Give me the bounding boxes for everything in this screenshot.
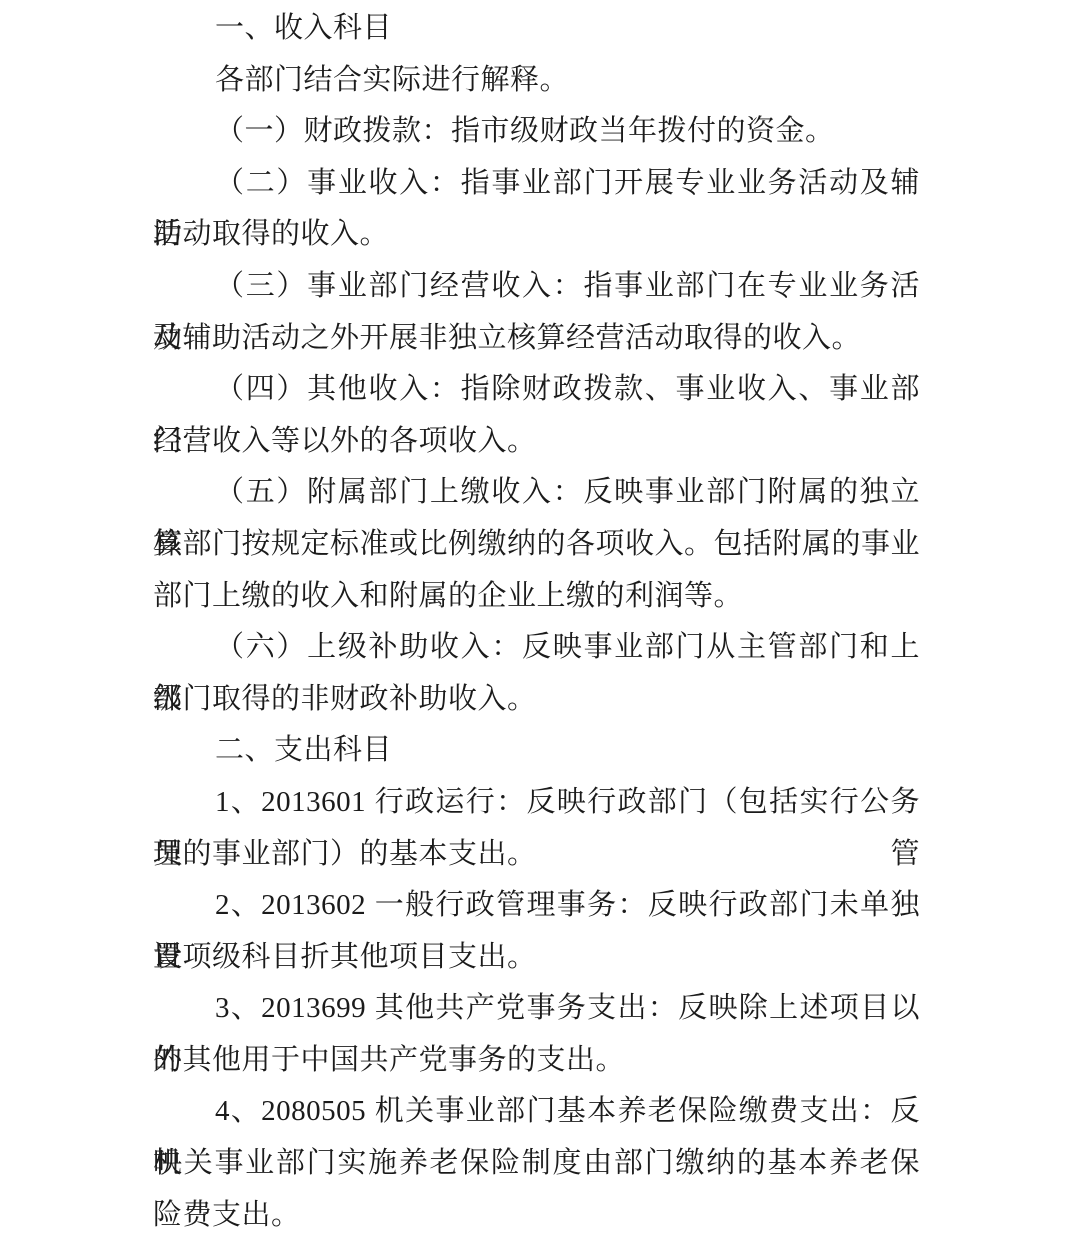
text-line: （一）财政拨款：指市级财政当年拨付的资金。 <box>153 106 920 158</box>
text-line: 算部门按规定标准或比例缴纳的各项收入。包括附属的事业 <box>153 519 920 571</box>
text-line: （五）附属部门上缴收入：反映事业部门附属的独立核 <box>153 467 920 519</box>
text-line: 各部门结合实际进行解释。 <box>153 55 920 107</box>
text-line: （六）上级补助收入：反映事业部门从主管部门和上级 <box>153 622 920 674</box>
text-line: 部门上缴的收入和附属的企业上缴的利润等。 <box>153 571 920 623</box>
text-line: 1、2013601 行政运行：反映行政部门（包括实行公务员管 <box>153 777 920 829</box>
text-line: （二）事业收入：指事业部门开展专业业务活动及辅助 <box>153 158 920 210</box>
document-page: 一、收入科目各部门结合实际进行解释。（一）财政拨款：指市级财政当年拨付的资金。（… <box>0 0 1074 1243</box>
text-line: （四）其他收入：指除财政拨款、事业收入、事业部门 <box>153 364 920 416</box>
text-line: 置项级科目折其他项目支出。 <box>153 932 920 984</box>
text-line: 险费支出。 <box>153 1190 920 1242</box>
document-lines: 一、收入科目各部门结合实际进行解释。（一）财政拨款：指市级财政当年拨付的资金。（… <box>153 3 920 1241</box>
text-line: （三）事业部门经营收入：指事业部门在专业业务活动 <box>153 261 920 313</box>
text-line: 活动取得的收入。 <box>153 209 920 261</box>
text-line: 及辅助活动之外开展非独立核算经营活动取得的收入。 <box>153 313 920 365</box>
text-line: 4、2080505 机关事业部门基本养老保险缴费支出：反映 <box>153 1086 920 1138</box>
text-line: 经营收入等以外的各项收入。 <box>153 416 920 468</box>
section-heading: 一、收入科目 <box>153 3 920 55</box>
text-line: 机关事业部门实施养老保险制度由部门缴纳的基本养老保 <box>153 1138 920 1190</box>
text-line: 部门取得的非财政补助收入。 <box>153 674 920 726</box>
text-line: 3、2013699 其他共产党事务支出：反映除上述项目以外 <box>153 983 920 1035</box>
section-heading: 二、支出科目 <box>153 725 920 777</box>
text-line: 的其他用于中国共产党事务的支出。 <box>153 1035 920 1087</box>
text-line: 2、2013602 一般行政管理事务：反映行政部门未单独设 <box>153 880 920 932</box>
